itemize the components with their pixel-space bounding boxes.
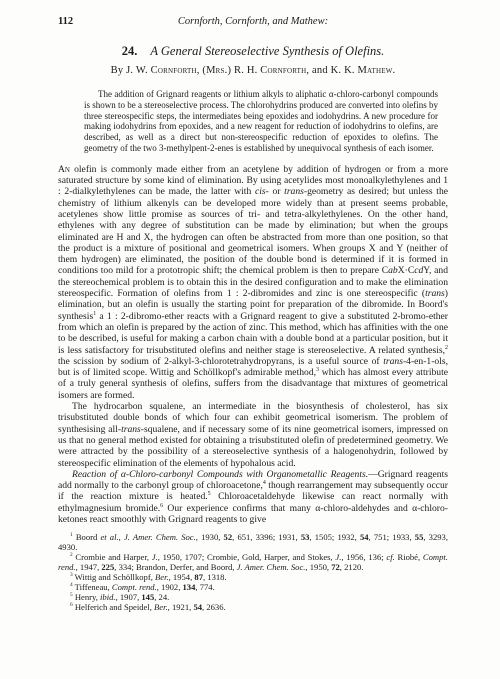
footnote-2: 2 Crombie and Harper, J., 1950, 1707; Cr… [58, 553, 448, 573]
footnote-1: 1 Boord et al., J. Amer. Chem. Soc., 193… [58, 533, 448, 553]
title-block: 24.A General Stereoselective Synthesis o… [58, 44, 448, 76]
running-head: Cornforth, Cornforth, and Mathew: [58, 16, 448, 28]
article-title-text: A General Stereoselective Synthesis of O… [150, 44, 384, 58]
abstract: The addition of Grignard reagents or lit… [84, 89, 438, 154]
body-paragraph-2: The hydrocarbon squalene, an intermediat… [58, 401, 448, 469]
body-paragraph-3: Reaction of α-Chloro-carbonyl Compounds … [58, 469, 448, 525]
byline: By J. W. Cornforth, (Mrs.) R. H. Cornfor… [58, 65, 448, 76]
body-paragraph-1: An olefin is commonly made either from a… [58, 164, 448, 401]
footnote-6: 6 Helferich and Speidel, Ber., 1921, 54,… [58, 603, 448, 613]
journal-page: 112 Cornforth, Cornforth, and Mathew: 24… [0, 0, 500, 679]
article-body: An olefin is commonly made either from a… [58, 164, 448, 526]
article-title: 24.A General Stereoselective Synthesis o… [58, 44, 448, 58]
article-number: 24. [122, 44, 138, 58]
footnotes: 1 Boord et al., J. Amer. Chem. Soc., 193… [58, 533, 448, 612]
page-header: 112 Cornforth, Cornforth, and Mathew: [58, 16, 448, 28]
